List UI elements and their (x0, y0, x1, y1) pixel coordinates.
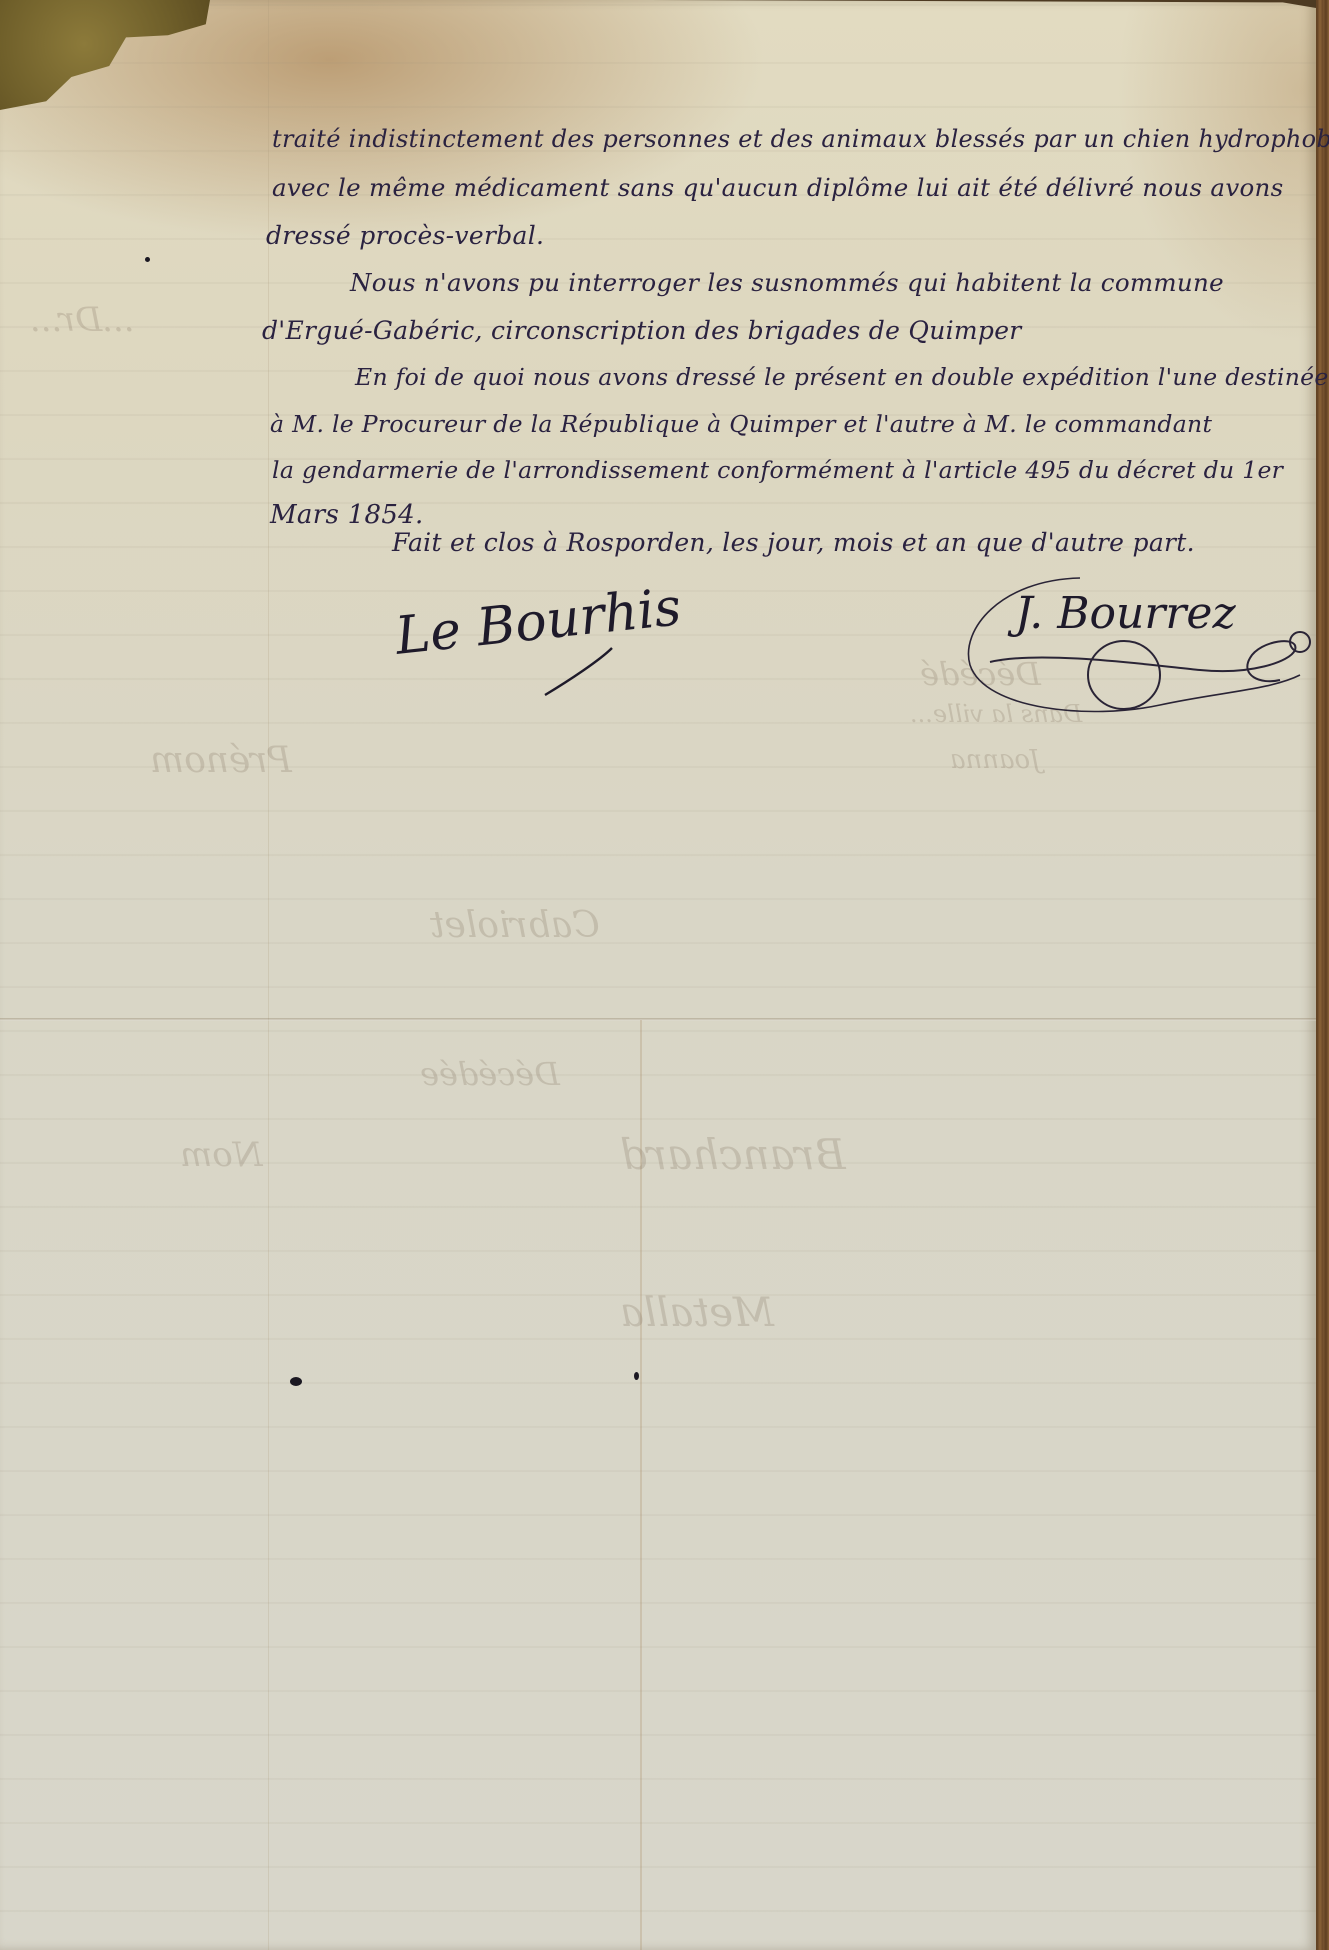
ink-blot (145, 257, 150, 262)
text-line-7: à M. le Procureur de la République à Qui… (270, 410, 1212, 438)
ink-blot (634, 1372, 639, 1380)
text-line-1: traité indistinctement des personnes et … (272, 125, 1329, 153)
handwritten-body: traité indistinctement des personnes et … (0, 0, 1316, 1950)
text-line-6: En foi de quoi nous avons dressé le prés… (355, 363, 1329, 391)
signature-right: J. Bourrez (1015, 588, 1236, 639)
ink-blot (290, 1377, 302, 1386)
text-line-3: dressé procès-verbal. (266, 221, 544, 250)
closing-line: Fait et clos à Rosporden, les jour, mois… (392, 528, 1195, 557)
paper-sheet: ...Dr... Décédé Dans la ville... Joanna … (0, 0, 1316, 1950)
text-line-9: Mars 1854. (270, 500, 424, 530)
signature-left: Le Bourhis (393, 577, 684, 667)
text-line-5: d'Ergué-Gabéric, circonscription des bri… (262, 316, 1022, 345)
text-line-8: la gendarmerie de l'arrondissement confo… (272, 456, 1283, 484)
text-line-4: Nous n'avons pu interroger les susnommés… (350, 268, 1224, 297)
text-line-2: avec le même médicament sans qu'aucun di… (272, 173, 1283, 202)
document-photo: ...Dr... Décédé Dans la ville... Joanna … (0, 0, 1329, 1950)
